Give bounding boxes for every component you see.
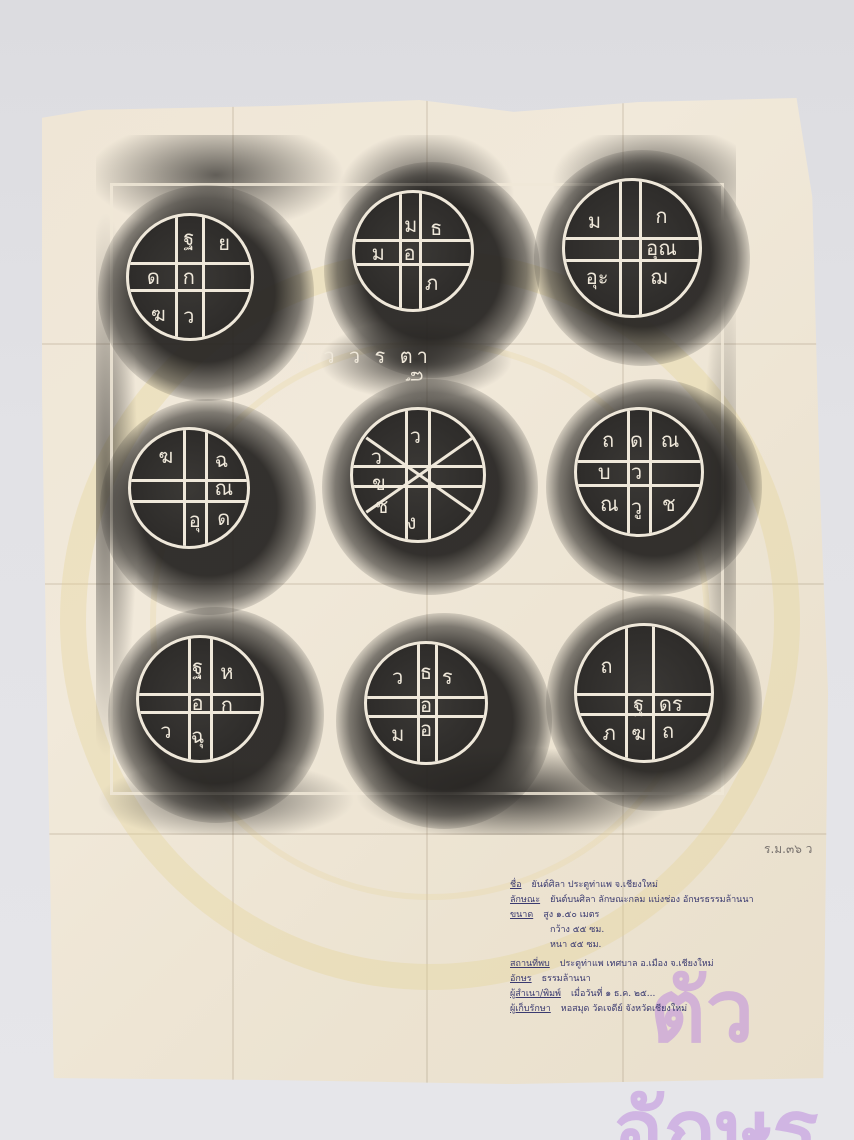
glyph: วู bbox=[631, 497, 642, 517]
ink-rubbing: ฐ ย ด ก ฆ ว ม ธ ม อ ภ ม ก อุณ อุะ ฌ bbox=[96, 135, 736, 835]
glyph: อ bbox=[192, 693, 204, 713]
yantra-bottom-right: ถ ฐ ดร ภ ฆ ถ bbox=[574, 623, 714, 763]
yantra-middle-left: ฆ ฉ ณ อุ ด bbox=[128, 427, 250, 549]
glyph: ด bbox=[630, 430, 643, 450]
glyph: ด bbox=[217, 508, 230, 528]
glyph: อุ bbox=[189, 510, 201, 530]
yantra-top-center: ม ธ ม อ ภ bbox=[352, 190, 474, 312]
annotation-row: อักษรธรรมล้านนา bbox=[510, 972, 820, 987]
glyph: ณ bbox=[661, 430, 680, 450]
glyph: ฆ bbox=[151, 304, 166, 324]
glyph: ม bbox=[372, 243, 385, 263]
glyph: บ bbox=[598, 462, 611, 482]
yantra-middle-center: ว ว ข ช ง bbox=[350, 407, 486, 543]
annotation-value: กว้าง ๕๕ ซม. bbox=[550, 925, 604, 935]
glyph: ว bbox=[392, 667, 403, 687]
glyph: ณ bbox=[600, 494, 619, 514]
glyph: ร bbox=[442, 667, 453, 687]
glyph: ด bbox=[147, 267, 160, 287]
annotation-value: หนา ๕๕ ซม. bbox=[550, 940, 601, 950]
glyph: ธ bbox=[430, 218, 442, 238]
glyph: ถ bbox=[662, 721, 674, 741]
glyph: ก bbox=[655, 206, 667, 226]
glyph: ช bbox=[375, 496, 389, 516]
glyph: อ bbox=[404, 243, 416, 263]
annotation-row: หนา ๕๕ ซม. bbox=[510, 938, 820, 953]
glyph: ภ bbox=[603, 723, 616, 743]
yantra-disc: ฐ ห อ ก ว ฉุ bbox=[136, 635, 264, 763]
glyph: ม bbox=[588, 211, 601, 231]
glyph: ฌ bbox=[650, 267, 667, 287]
yantra-bottom-left: ฐ ห อ ก ว ฉุ bbox=[136, 635, 264, 763]
glyph: อุณ bbox=[646, 238, 677, 258]
annotation-row: ผู้เก็บรักษาหอสมุด วัดเจดีย์ จังหวัดเชีย… bbox=[510, 1002, 820, 1017]
annotation-row: ขนาดสูง ๑.๕๐ เมตร bbox=[510, 908, 820, 923]
glyph: อ bbox=[420, 719, 432, 739]
annotation-value: ธรรมล้านนา bbox=[542, 974, 591, 984]
glyph: ก bbox=[221, 695, 233, 715]
glyph: ม bbox=[391, 724, 404, 744]
annotation-row: ลักษณะยันต์บนศิลา ลักษณะกลม แบ่งช่อง อัก… bbox=[510, 893, 820, 908]
annotation-label: ผู้สำเนา/พิมพ์ bbox=[510, 989, 561, 999]
yantra-disc: ฆ ฉ ณ อุ ด bbox=[128, 427, 250, 549]
yantra-bottom-center: ว ธ ร อ ม อ bbox=[364, 641, 488, 765]
glyph: ก bbox=[183, 267, 195, 287]
glyph: ว bbox=[410, 426, 421, 446]
yantra-disc: ถ ฐ ดร ภ ฆ ถ bbox=[574, 623, 714, 763]
glyph: ช bbox=[662, 494, 676, 514]
glyph: ว bbox=[631, 462, 642, 482]
annotation-value: สูง ๑.๕๐ เมตร bbox=[543, 910, 599, 920]
yantra-disc: ฐ ย ด ก ฆ ว bbox=[126, 213, 254, 341]
glyph: ฉุ bbox=[191, 726, 205, 746]
glyph: ว bbox=[371, 447, 382, 467]
glyph: ดร bbox=[659, 694, 683, 714]
annotation-label: ขนาด bbox=[510, 910, 533, 920]
glyph: ถ bbox=[600, 656, 612, 676]
glyph: ฐ bbox=[633, 694, 644, 714]
annotation-label: อักษร bbox=[510, 974, 532, 984]
glyph: ห bbox=[220, 662, 233, 682]
catalog-number: ร.ม.๓๖ ว bbox=[764, 840, 812, 859]
annotation-value: ประตูท่าแพ เทศบาล อ.เมือง จ.เชียงใหม่ bbox=[560, 959, 714, 969]
annotation-value: เมื่อวันที่ ๑ ธ.ค. ๒๕... bbox=[571, 989, 655, 999]
glyph: ม bbox=[404, 215, 417, 235]
glyph: ว bbox=[160, 721, 171, 741]
glyph: ฆ bbox=[631, 723, 646, 743]
annotation-label: ผู้เก็บรักษา bbox=[510, 1004, 551, 1014]
yantra-disc: ม ธ ม อ ภ bbox=[352, 190, 474, 312]
annotation-value: ยันต์บนศิลา ลักษณะกลม แบ่งช่อง อักษรธรรม… bbox=[550, 895, 753, 905]
yantra-disc: ว ธ ร อ ม อ bbox=[364, 641, 488, 765]
annotation-label: สถานที่พบ bbox=[510, 959, 550, 969]
handwritten-annotations: ชื่อยันต์ศิลา ประตูท่าแพ จ.เชียงใหม่ ลัก… bbox=[510, 878, 820, 1017]
glyph: อ bbox=[420, 695, 432, 715]
glyph: ว bbox=[183, 306, 194, 326]
yantra-disc: ว ว ข ช ง bbox=[350, 407, 486, 543]
glyph: ย bbox=[218, 233, 230, 253]
yantra-top-right: ม ก อุณ อุะ ฌ bbox=[562, 178, 702, 318]
glyph: ณ bbox=[215, 478, 234, 498]
glyph: ข bbox=[372, 473, 386, 493]
yantra-top-left: ฐ ย ด ก ฆ ว bbox=[126, 213, 254, 341]
annotation-value: หอสมุด วัดเจดีย์ จังหวัดเชียงใหม่ bbox=[561, 1004, 687, 1014]
glyph: ฉ bbox=[215, 450, 229, 470]
glyph: อุะ bbox=[586, 267, 609, 287]
glyph: ภ bbox=[425, 273, 438, 293]
glyph: ถ bbox=[602, 430, 614, 450]
yantra-disc: ม ก อุณ อุะ ฌ bbox=[562, 178, 702, 318]
annotation-row: สถานที่พบประตูท่าแพ เทศบาล อ.เมือง จ.เชี… bbox=[510, 957, 820, 972]
annotation-value: ยันต์ศิลา ประตูท่าแพ จ.เชียงใหม่ bbox=[532, 880, 658, 890]
yantra-disc: ถ ด ณ บ ว ณ วู ช bbox=[574, 407, 704, 537]
glyph: ง bbox=[407, 512, 417, 532]
annotation-label: ลักษณะ bbox=[510, 895, 540, 905]
annotation-row: ชื่อยันต์ศิลา ประตูท่าแพ จ.เชียงใหม่ bbox=[510, 878, 820, 893]
horizontal-inscription: ต ว ว ร ตา bbox=[296, 340, 432, 372]
annotation-label: ชื่อ bbox=[510, 880, 522, 890]
yantra-middle-right: ถ ด ณ บ ว ณ วู ช bbox=[574, 407, 704, 537]
glyph: ธ bbox=[420, 662, 432, 682]
annotation-row: กว้าง ๕๕ ซม. bbox=[510, 923, 820, 938]
annotation-row: ผู้สำเนา/พิมพ์เมื่อวันที่ ๑ ธ.ค. ๒๕... bbox=[510, 987, 820, 1002]
glyph: ฐ bbox=[192, 657, 203, 677]
glyph: ฐ bbox=[183, 228, 194, 248]
glyph: ฆ bbox=[158, 446, 173, 466]
